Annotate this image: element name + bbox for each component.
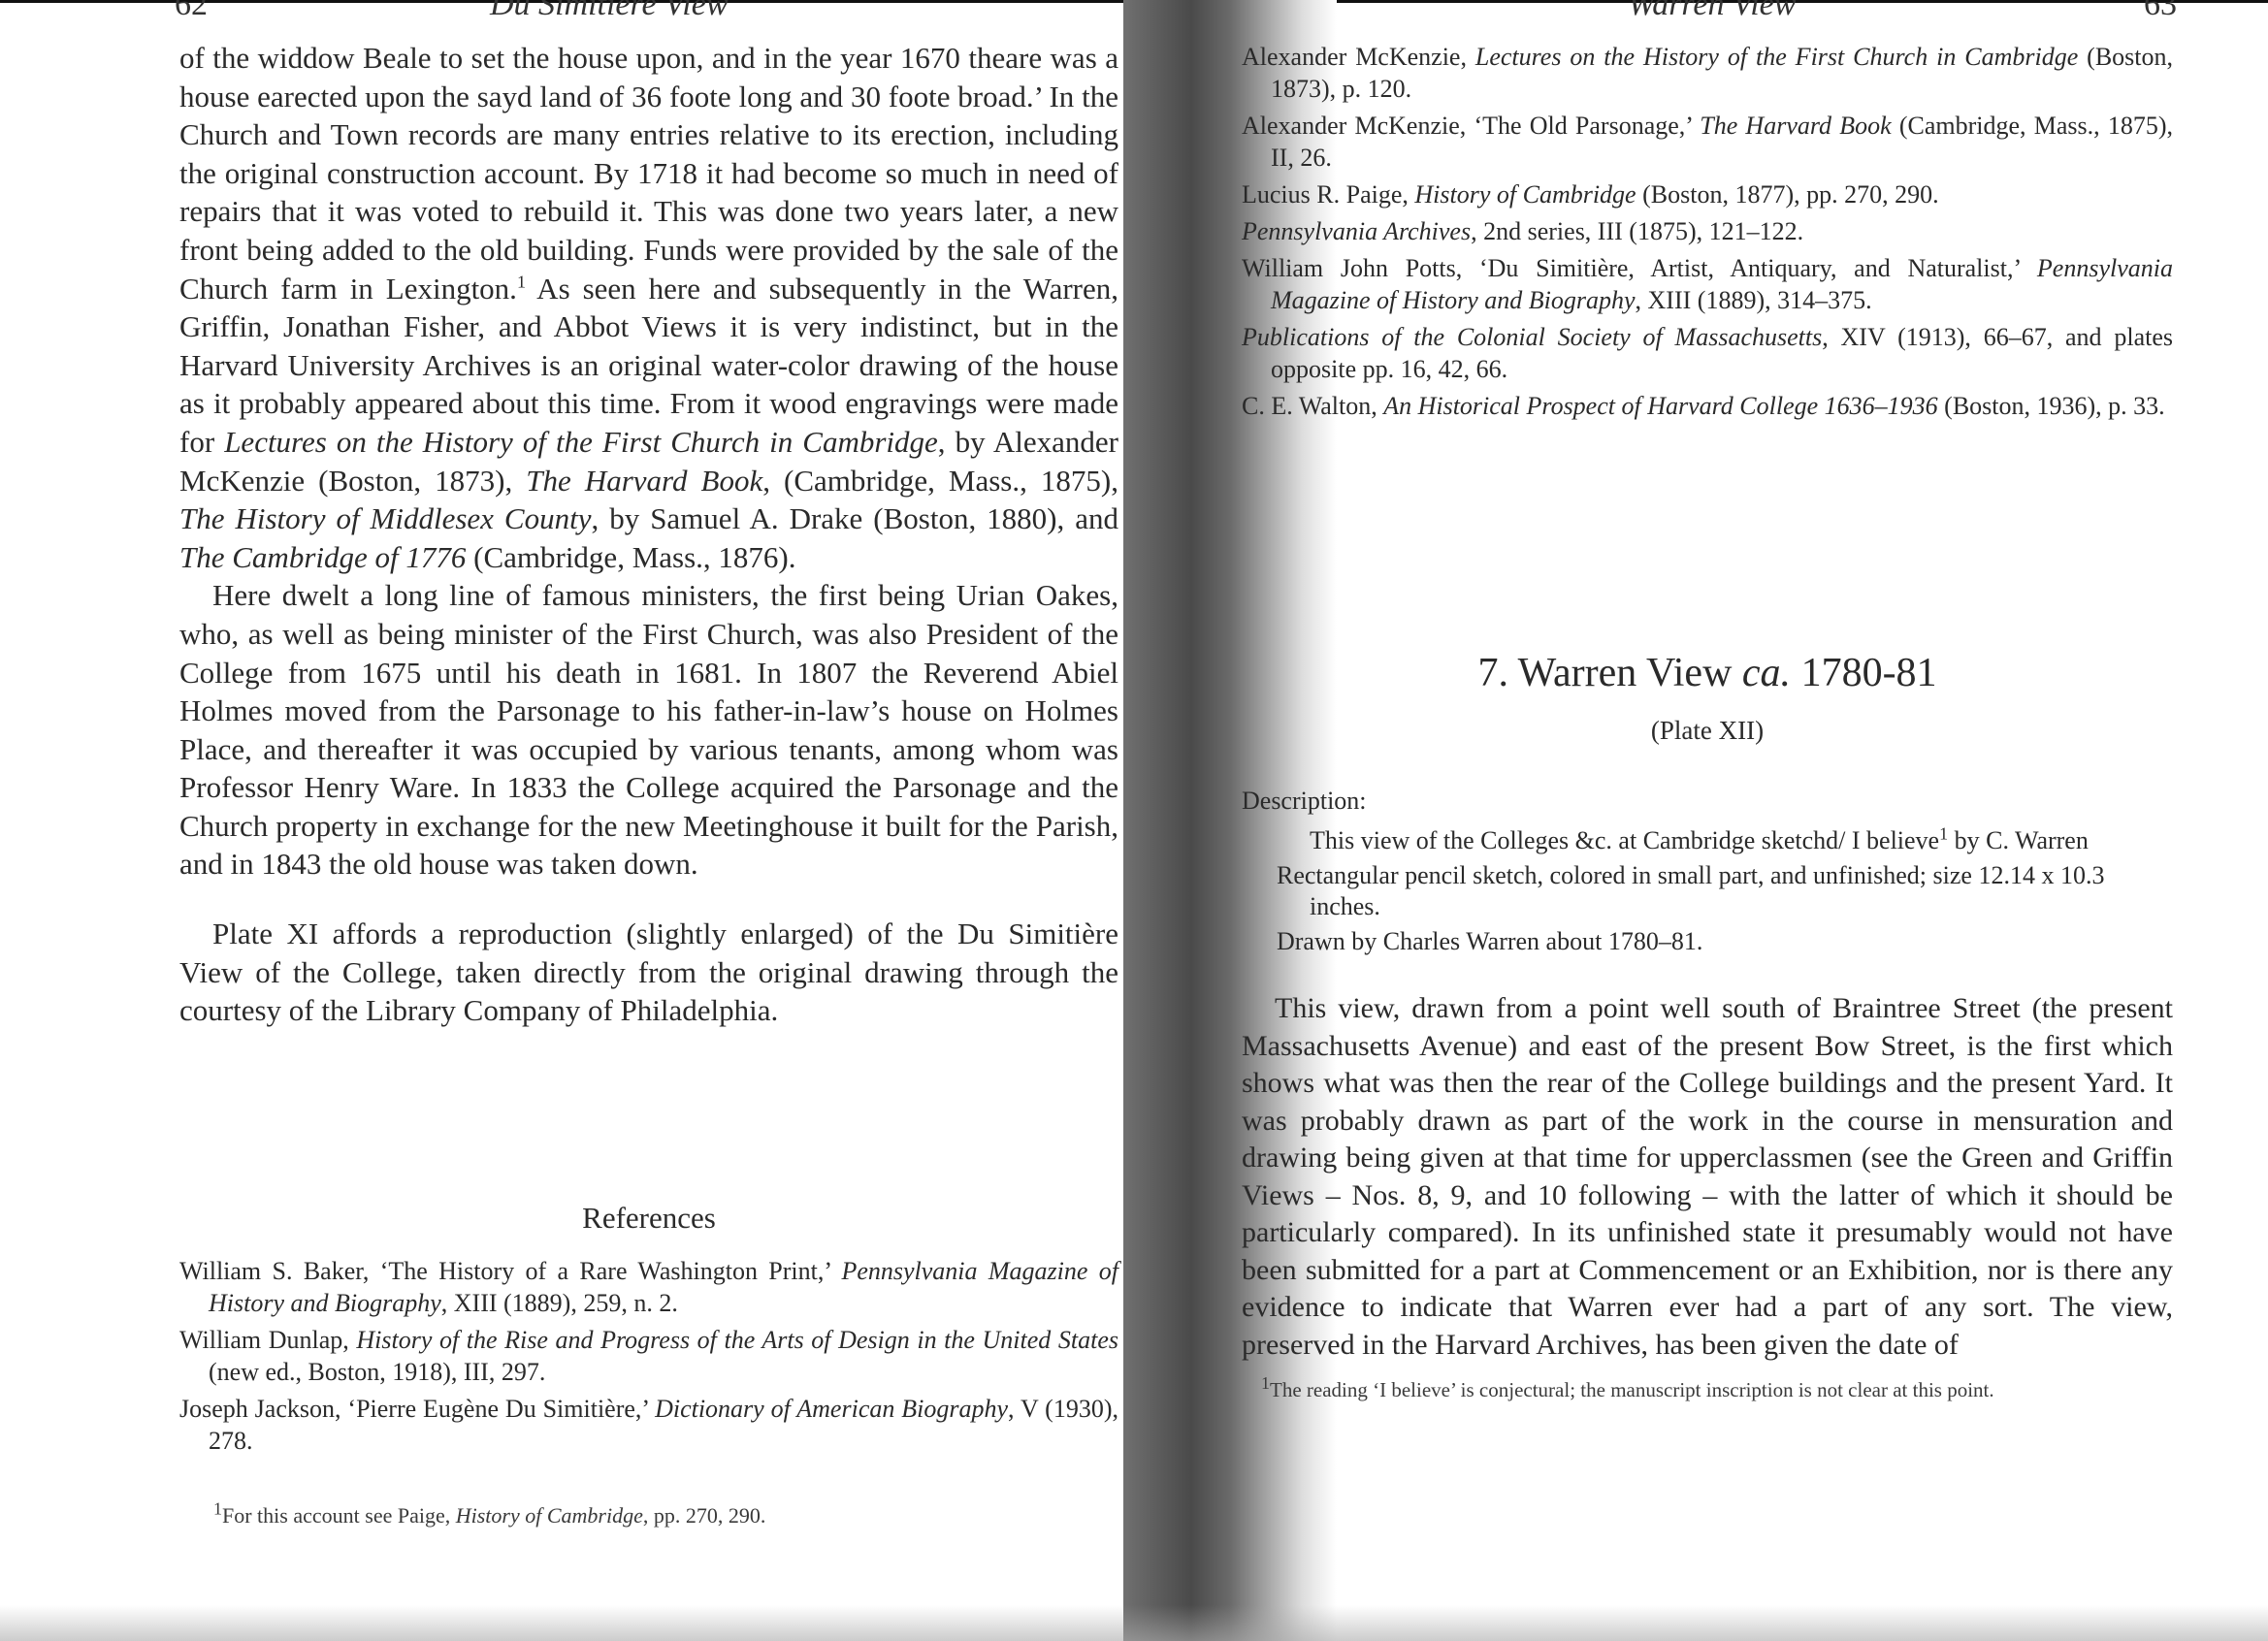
- plate-reference: (Plate XII): [1242, 716, 2173, 746]
- section-heading: 7. Warren View ca. 1780-81: [1242, 650, 2173, 696]
- footnote-marker: 1: [517, 272, 526, 291]
- references-title: References: [179, 1201, 1118, 1236]
- description-detail: Drawn by Charles Warren about 1780–81.: [1242, 926, 2173, 957]
- right-references: Alexander McKenzie, Lectures on the Hist…: [1242, 41, 2173, 427]
- section-7: 7. Warren View ca. 1780-81 (Plate XII) D…: [1242, 650, 2173, 1404]
- reference-item: Publications of the Colonial Society of …: [1242, 321, 2173, 385]
- page-number: 62: [175, 0, 208, 23]
- reference-item: William Dunlap, History of the Rise and …: [179, 1324, 1118, 1388]
- paragraph: of the widdow Beale to set the house upo…: [179, 39, 1118, 576]
- page-number: 63: [2144, 0, 2177, 23]
- reference-item: Pennsylvania Archives, 2nd series, III (…: [1242, 215, 2173, 247]
- paragraph: Plate XI affords a reproduction (slightl…: [179, 915, 1118, 1030]
- description-label: Description:: [1242, 787, 2173, 816]
- running-head: Warren View: [1628, 0, 1796, 23]
- right-page: Warren View 63 Alexander McKenzie, Lectu…: [1125, 0, 2268, 1641]
- reference-item: Alexander McKenzie, ‘The Old Parsonage,’…: [1242, 110, 2173, 174]
- footnote: 1For this account see Paige, History of …: [213, 1501, 1116, 1530]
- reference-item: William S. Baker, ‘The History of a Rare…: [179, 1255, 1118, 1319]
- references-section: References William S. Baker, ‘The Histor…: [179, 1201, 1118, 1462]
- running-head: Du Simitière View: [490, 0, 729, 23]
- scan-bottom-shadow: [0, 1605, 2268, 1641]
- reference-item: Joseph Jackson, ‘Pierre Eugène Du Simiti…: [179, 1393, 1118, 1457]
- left-body: of the widdow Beale to set the house upo…: [179, 39, 1118, 1030]
- reference-item: C. E. Walton, An Historical Prospect of …: [1242, 390, 2173, 422]
- inscription: This view of the Colleges &c. at Cambrid…: [1242, 825, 2173, 856]
- paragraph: Here dwelt a long line of famous ministe…: [179, 576, 1118, 884]
- section-body: This view, drawn from a point well south…: [1242, 990, 2173, 1364]
- reference-item: Lucius R. Paige, History of Cambridge (B…: [1242, 178, 2173, 210]
- description-detail: Rectangular pencil sketch, colored in sm…: [1242, 860, 2173, 922]
- left-page: 62 Du Simitière View of the widdow Beale…: [0, 0, 1125, 1641]
- reference-item: William John Potts, ‘Du Simitière, Artis…: [1242, 252, 2173, 316]
- reference-item: Alexander McKenzie, Lectures on the Hist…: [1242, 41, 2173, 105]
- footnote: 1The reading ‘I believe’ is conjectural;…: [1242, 1375, 2173, 1404]
